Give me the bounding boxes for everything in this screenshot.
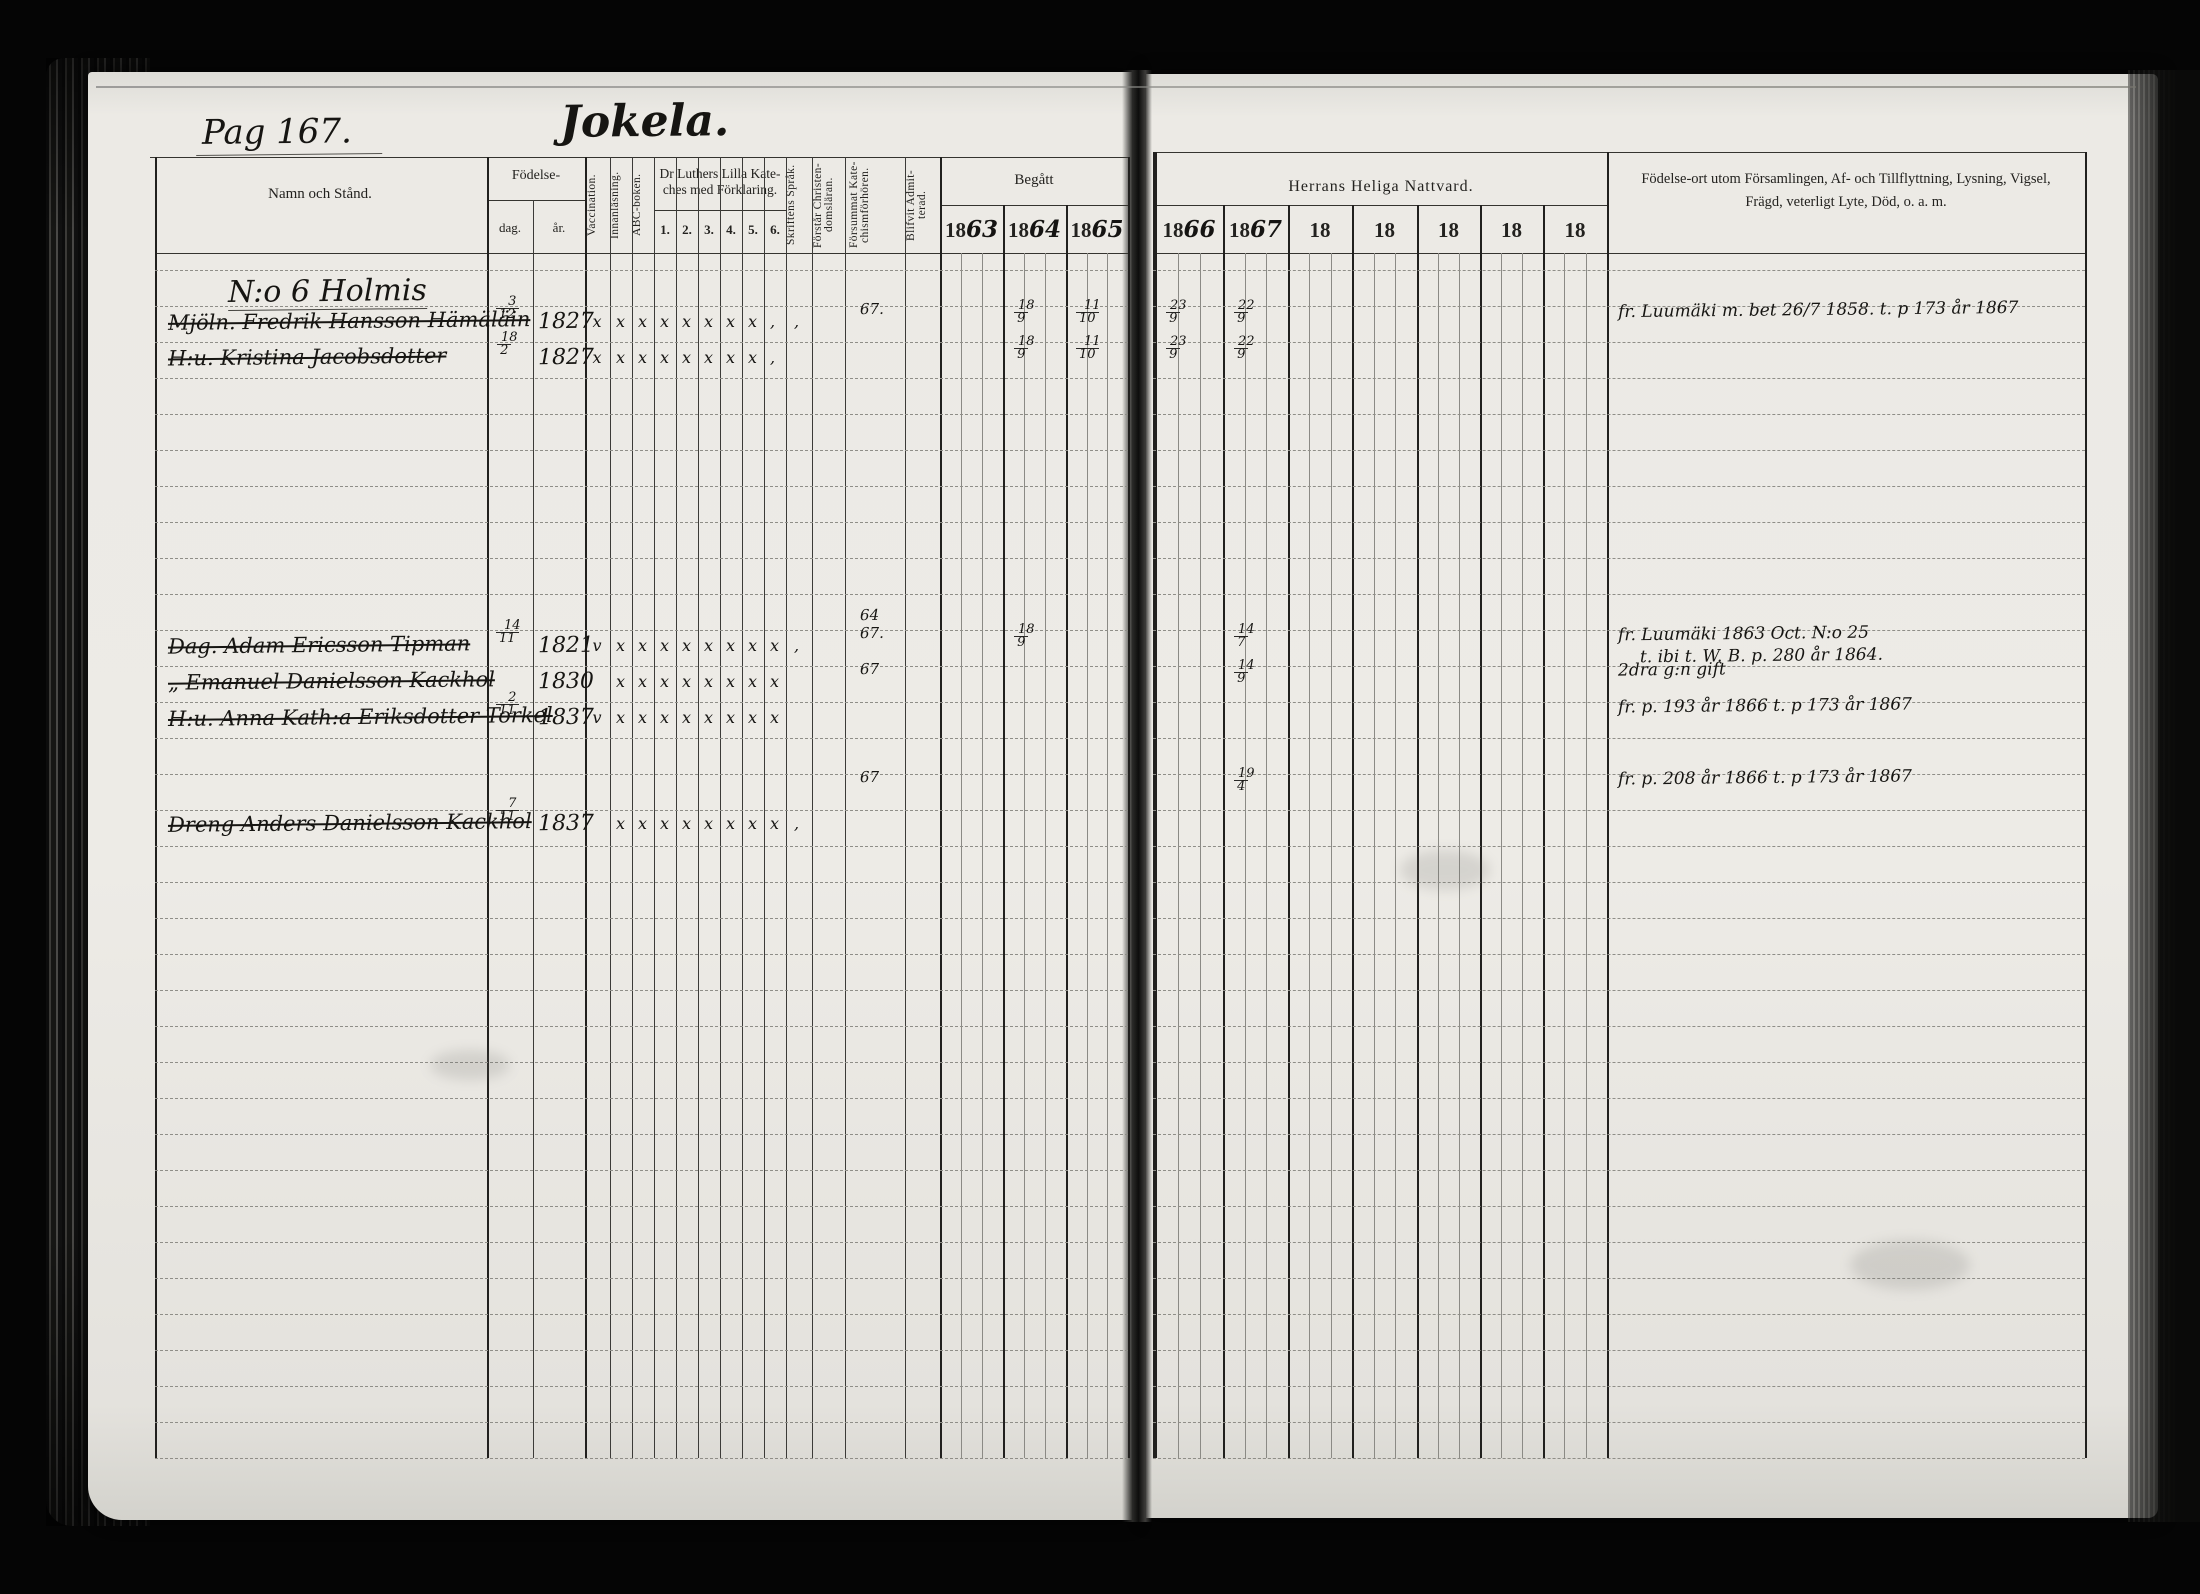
check-mark: x xyxy=(704,708,713,727)
check-mark: x xyxy=(638,708,647,727)
entry-name: Dreng Anders Danielsson Kackhol xyxy=(168,809,532,837)
margin-note: fr. p. 208 år 1866 t. p 173 år 1867 xyxy=(1618,766,1912,789)
kateches-num-3: 3. xyxy=(698,222,720,238)
book-gutter xyxy=(1122,70,1152,1522)
grid-hline xyxy=(150,157,1128,158)
grid-hline xyxy=(155,1062,1128,1063)
communion-date-1864: 189 xyxy=(1015,336,1032,361)
check-mark: x xyxy=(770,636,779,655)
grid-vline xyxy=(1288,205,1290,1458)
communion-date-1867: 229 xyxy=(1235,336,1252,361)
page-number: Pag 167. xyxy=(196,111,382,156)
kateches-num-2: 2. xyxy=(676,222,698,238)
year-header-blank-5: 18 xyxy=(1480,216,1543,243)
grid-hline xyxy=(155,702,1128,703)
birth-day: 1411 xyxy=(498,620,521,645)
margin-note: fr. p. 193 år 1866 t. p 173 år 1867 xyxy=(1618,694,1912,717)
grid-vline xyxy=(487,157,489,1458)
grid-vline xyxy=(155,157,157,1458)
col-header-namn: Namn och Stånd. xyxy=(170,186,470,203)
grid-hline xyxy=(1153,1062,2085,1063)
communion-date-1865: 1110 xyxy=(1078,336,1101,361)
forsummat-note: 67. xyxy=(860,300,884,318)
communion-date-1866: 239 xyxy=(1167,336,1184,361)
book-right-edge xyxy=(2128,70,2200,1522)
grid-hline xyxy=(1153,205,1607,206)
grid-hline xyxy=(155,1422,1128,1423)
scanned-parish-register: Pag 167. Jokela. Namn och Stånd. Födelse… xyxy=(0,0,2200,1594)
check-mark: x xyxy=(593,348,602,367)
check-mark: x xyxy=(748,672,757,691)
check-mark: x xyxy=(616,636,625,655)
grid-hline xyxy=(155,1098,1128,1099)
grid-vline xyxy=(1607,152,1609,1458)
check-mark: x xyxy=(638,636,647,655)
check-mark: x xyxy=(726,672,735,691)
grid-vline xyxy=(742,157,743,1458)
check-mark: , xyxy=(794,312,799,331)
grid-hline xyxy=(1153,486,2085,487)
year-header-1863: 1863 xyxy=(940,216,1003,243)
birth-year: 1821 xyxy=(538,633,594,659)
communion-date-1867: 149 xyxy=(1235,660,1252,685)
grid-hline xyxy=(1153,450,2085,451)
birth-day: 182 xyxy=(498,332,515,357)
page-top-edge xyxy=(96,86,2136,88)
birth-year: 1837 xyxy=(538,705,594,731)
grid-hline xyxy=(155,342,1128,343)
check-mark: x xyxy=(682,708,691,727)
grid-hline xyxy=(1153,990,2085,991)
communion-date-1866: 239 xyxy=(1167,300,1184,325)
grid-hline xyxy=(1153,846,2085,847)
grid-hline xyxy=(155,270,1128,271)
check-mark: x xyxy=(748,348,757,367)
grid-hline xyxy=(155,1350,1128,1351)
grid-vline xyxy=(905,157,906,1458)
check-mark: x xyxy=(770,708,779,727)
forsummat-note: 64 xyxy=(860,606,879,624)
col-header-fodelse: Födelse- xyxy=(487,168,585,184)
grid-vline xyxy=(845,157,846,1458)
check-mark: x xyxy=(726,312,735,331)
grid-vline xyxy=(1352,205,1354,1458)
grid-hline xyxy=(155,990,1128,991)
check-mark: , xyxy=(770,312,775,331)
check-mark: x xyxy=(748,708,757,727)
grid-hline xyxy=(1153,1350,2085,1351)
communion-date-1867: 194 xyxy=(1235,768,1252,793)
margin-note: fr. Luumäki 1863 Oct. N:o 25 xyxy=(1618,623,1869,646)
grid-vline xyxy=(698,157,699,1458)
grid-hline xyxy=(1153,918,2085,919)
grid-hline xyxy=(155,1206,1128,1207)
grid-vline xyxy=(1417,205,1419,1458)
forsummat-note: 67 xyxy=(860,660,879,678)
grid-hline xyxy=(155,594,1128,595)
grid-hline xyxy=(155,630,1128,631)
grid-hline xyxy=(1153,1458,2085,1459)
grid-vline xyxy=(2085,152,2087,1458)
check-mark: , xyxy=(794,636,799,655)
grid-hline xyxy=(155,1386,1128,1387)
grid-hline xyxy=(1153,1026,2085,1027)
check-mark: x xyxy=(616,348,625,367)
check-mark: x xyxy=(638,348,647,367)
right-page xyxy=(1146,74,2158,1518)
check-mark: x xyxy=(660,672,669,691)
grid-vline xyxy=(1128,157,1130,1458)
grid-hline xyxy=(155,666,1128,667)
grid-hline xyxy=(1153,594,2085,595)
kateches-num-1: 1. xyxy=(654,222,676,238)
entry-name: Mjöln. Fredrik Hansson Hämäläin xyxy=(168,307,531,335)
grid-hline xyxy=(1153,882,2085,883)
grid-hline xyxy=(1153,1314,2085,1315)
grid-hline xyxy=(155,1278,1128,1279)
group-label: N:o 6 Holmis xyxy=(228,273,427,311)
grid-hline xyxy=(155,1458,1128,1459)
year-header-blank-4: 18 xyxy=(1417,216,1480,243)
col-header-blifvit-admitterad: Blifvit Admit- terad. xyxy=(906,159,938,251)
grid-hline xyxy=(155,954,1128,955)
check-mark: x xyxy=(638,672,647,691)
check-mark: v xyxy=(593,636,602,655)
check-mark: x xyxy=(704,636,713,655)
communion-date-1865: 1110 xyxy=(1078,300,1101,325)
check-mark: x xyxy=(704,348,713,367)
check-mark: x xyxy=(660,636,669,655)
grid-hline xyxy=(1153,1098,2085,1099)
check-mark: x xyxy=(704,312,713,331)
col-header-abc-boken: ABC-boken. xyxy=(632,159,654,251)
grid-hline xyxy=(1153,1242,2085,1243)
grid-vline xyxy=(1003,205,1005,1458)
grid-hline xyxy=(155,882,1128,883)
col-header-vaccination: Vaccination. xyxy=(587,159,610,251)
grid-hline xyxy=(155,738,1128,739)
communion-date-1867: 229 xyxy=(1235,300,1252,325)
check-mark: x xyxy=(726,348,735,367)
birth-year: 1827 xyxy=(538,345,594,371)
col-header-dag: dag. xyxy=(487,220,533,236)
year-header-blank-2: 18 xyxy=(1288,216,1352,243)
kateches-num-5: 5. xyxy=(742,222,764,238)
notes-column-header: Födelse-ort utom Församlingen, Af- och T… xyxy=(1620,168,2072,214)
birth-year: 1837 xyxy=(538,811,594,837)
grid-vline xyxy=(764,157,765,1458)
grid-vline xyxy=(940,205,942,1458)
grid-hline xyxy=(1153,558,2085,559)
grid-hline xyxy=(155,1314,1128,1315)
check-mark: x xyxy=(682,672,691,691)
kateches-num-6: 6. xyxy=(764,222,786,238)
check-mark: x xyxy=(593,312,602,331)
col-header-skriftens-sprak: Skriftens Språk. xyxy=(786,159,812,251)
check-mark: x xyxy=(616,708,625,727)
grid-hline xyxy=(155,558,1128,559)
check-mark: , xyxy=(794,814,799,833)
grid-hline xyxy=(1153,810,2085,811)
grid-hline xyxy=(1153,738,2085,739)
birth-day: 312 xyxy=(498,296,521,321)
grid-vline xyxy=(786,157,787,1458)
grid-hline xyxy=(155,774,1128,775)
check-mark: x xyxy=(660,348,669,367)
check-mark: x xyxy=(682,814,691,833)
communion-date-1864: 189 xyxy=(1015,624,1032,649)
entry-name: „ Emanuel Danielsson Kackhol xyxy=(168,667,495,694)
year-header-1865: 1865 xyxy=(1066,216,1128,243)
grid-hline xyxy=(1153,270,2085,271)
year-header-1867: 1867 xyxy=(1223,216,1288,243)
grid-hline xyxy=(155,486,1128,487)
birth-year: 1830 xyxy=(538,669,594,695)
year-header-blank-3: 18 xyxy=(1352,216,1417,243)
check-mark: , xyxy=(770,348,775,367)
grid-hline xyxy=(155,846,1128,847)
check-mark: x xyxy=(682,312,691,331)
check-mark: x xyxy=(616,814,625,833)
check-mark: v xyxy=(593,708,602,727)
grid-vline xyxy=(533,200,534,1458)
grid-vline xyxy=(632,157,633,1458)
col-header-ar: år. xyxy=(533,220,585,236)
communion-date-1867: 147 xyxy=(1235,624,1252,649)
grid-vline xyxy=(676,157,677,1458)
grid-hline xyxy=(155,522,1128,523)
grid-hline xyxy=(487,200,585,201)
year-header-1864: 1864 xyxy=(1003,216,1066,243)
check-mark: x xyxy=(748,312,757,331)
entry-name: Dag. Adam Ericsson Tipman xyxy=(168,631,470,658)
check-mark: x xyxy=(748,814,757,833)
grid-hline xyxy=(1153,378,2085,379)
check-mark: x xyxy=(726,814,735,833)
grid-vline xyxy=(1155,152,1157,1458)
grid-vline xyxy=(610,157,611,1458)
grid-hline xyxy=(155,450,1128,451)
birth-year: 1827 xyxy=(538,309,594,335)
birth-day: 211 xyxy=(498,692,521,717)
grid-hline xyxy=(1153,522,2085,523)
birth-day: 711 xyxy=(498,798,521,823)
grid-hline xyxy=(1153,1386,2085,1387)
grid-vline xyxy=(1480,205,1482,1458)
grid-vline xyxy=(1543,205,1545,1458)
grid-hline xyxy=(1153,1170,2085,1171)
grid-hline xyxy=(155,1242,1128,1243)
grid-vline xyxy=(1223,205,1225,1458)
check-mark: x xyxy=(770,672,779,691)
grid-hline xyxy=(1153,1422,2085,1423)
check-mark: x xyxy=(704,672,713,691)
check-mark: x xyxy=(616,312,625,331)
entry-name: H:u. Kristina Jacobsdotter xyxy=(168,344,447,371)
grid-hline xyxy=(1153,954,2085,955)
col-header-forstar: Förstår Christen- domsläran. xyxy=(813,159,845,251)
forsummat-note: 67. xyxy=(860,624,884,642)
check-mark: x xyxy=(726,708,735,727)
check-mark: x xyxy=(682,348,691,367)
grid-vline xyxy=(812,157,813,1458)
check-mark: x xyxy=(770,814,779,833)
grid-vline xyxy=(1066,205,1068,1458)
col-header-innanlasning: Innanläsning. xyxy=(610,159,632,251)
grid-hline xyxy=(1153,152,2085,153)
grid-hline xyxy=(155,1026,1128,1027)
grid-hline xyxy=(1153,414,2085,415)
check-mark: x xyxy=(660,312,669,331)
check-mark: x xyxy=(638,814,647,833)
col-header-begatt: Begått xyxy=(940,172,1128,189)
check-mark: x xyxy=(638,312,647,331)
grid-vline xyxy=(654,157,655,1458)
margin-note: fr. Luumäki m. bet 26/7 1858. t. p 173 å… xyxy=(1618,298,2019,322)
grid-hline xyxy=(1153,342,2085,343)
year-header-1866: 1866 xyxy=(1155,216,1223,243)
right-page-title: Herrans Heliga Nattvard. xyxy=(1155,178,1607,196)
grid-hline xyxy=(1153,1134,2085,1135)
grid-hline xyxy=(155,414,1128,415)
check-mark: x xyxy=(616,672,625,691)
check-mark: x xyxy=(748,636,757,655)
grid-hline xyxy=(155,378,1128,379)
grid-hline xyxy=(155,918,1128,919)
grid-hline xyxy=(155,1134,1128,1135)
grid-hline xyxy=(940,205,1128,206)
check-mark: x xyxy=(704,814,713,833)
village-title: Jokela. xyxy=(560,95,730,148)
check-mark: x xyxy=(726,636,735,655)
check-mark: x xyxy=(682,636,691,655)
forsummat-note: 67 xyxy=(860,768,879,786)
year-header-blank-6: 18 xyxy=(1543,216,1607,243)
check-mark: x xyxy=(660,814,669,833)
col-header-forsummat: Försummat Kate- chismförhören. xyxy=(849,159,901,251)
communion-date-1864: 189 xyxy=(1015,300,1032,325)
check-mark: x xyxy=(660,708,669,727)
grid-hline xyxy=(1153,253,2085,254)
grid-hline xyxy=(1153,1206,2085,1207)
margin-note: 2dra g:n gift xyxy=(1618,659,1726,680)
grid-vline xyxy=(720,157,721,1458)
kateches-num-4: 4. xyxy=(720,222,742,238)
grid-hline xyxy=(155,1170,1128,1171)
